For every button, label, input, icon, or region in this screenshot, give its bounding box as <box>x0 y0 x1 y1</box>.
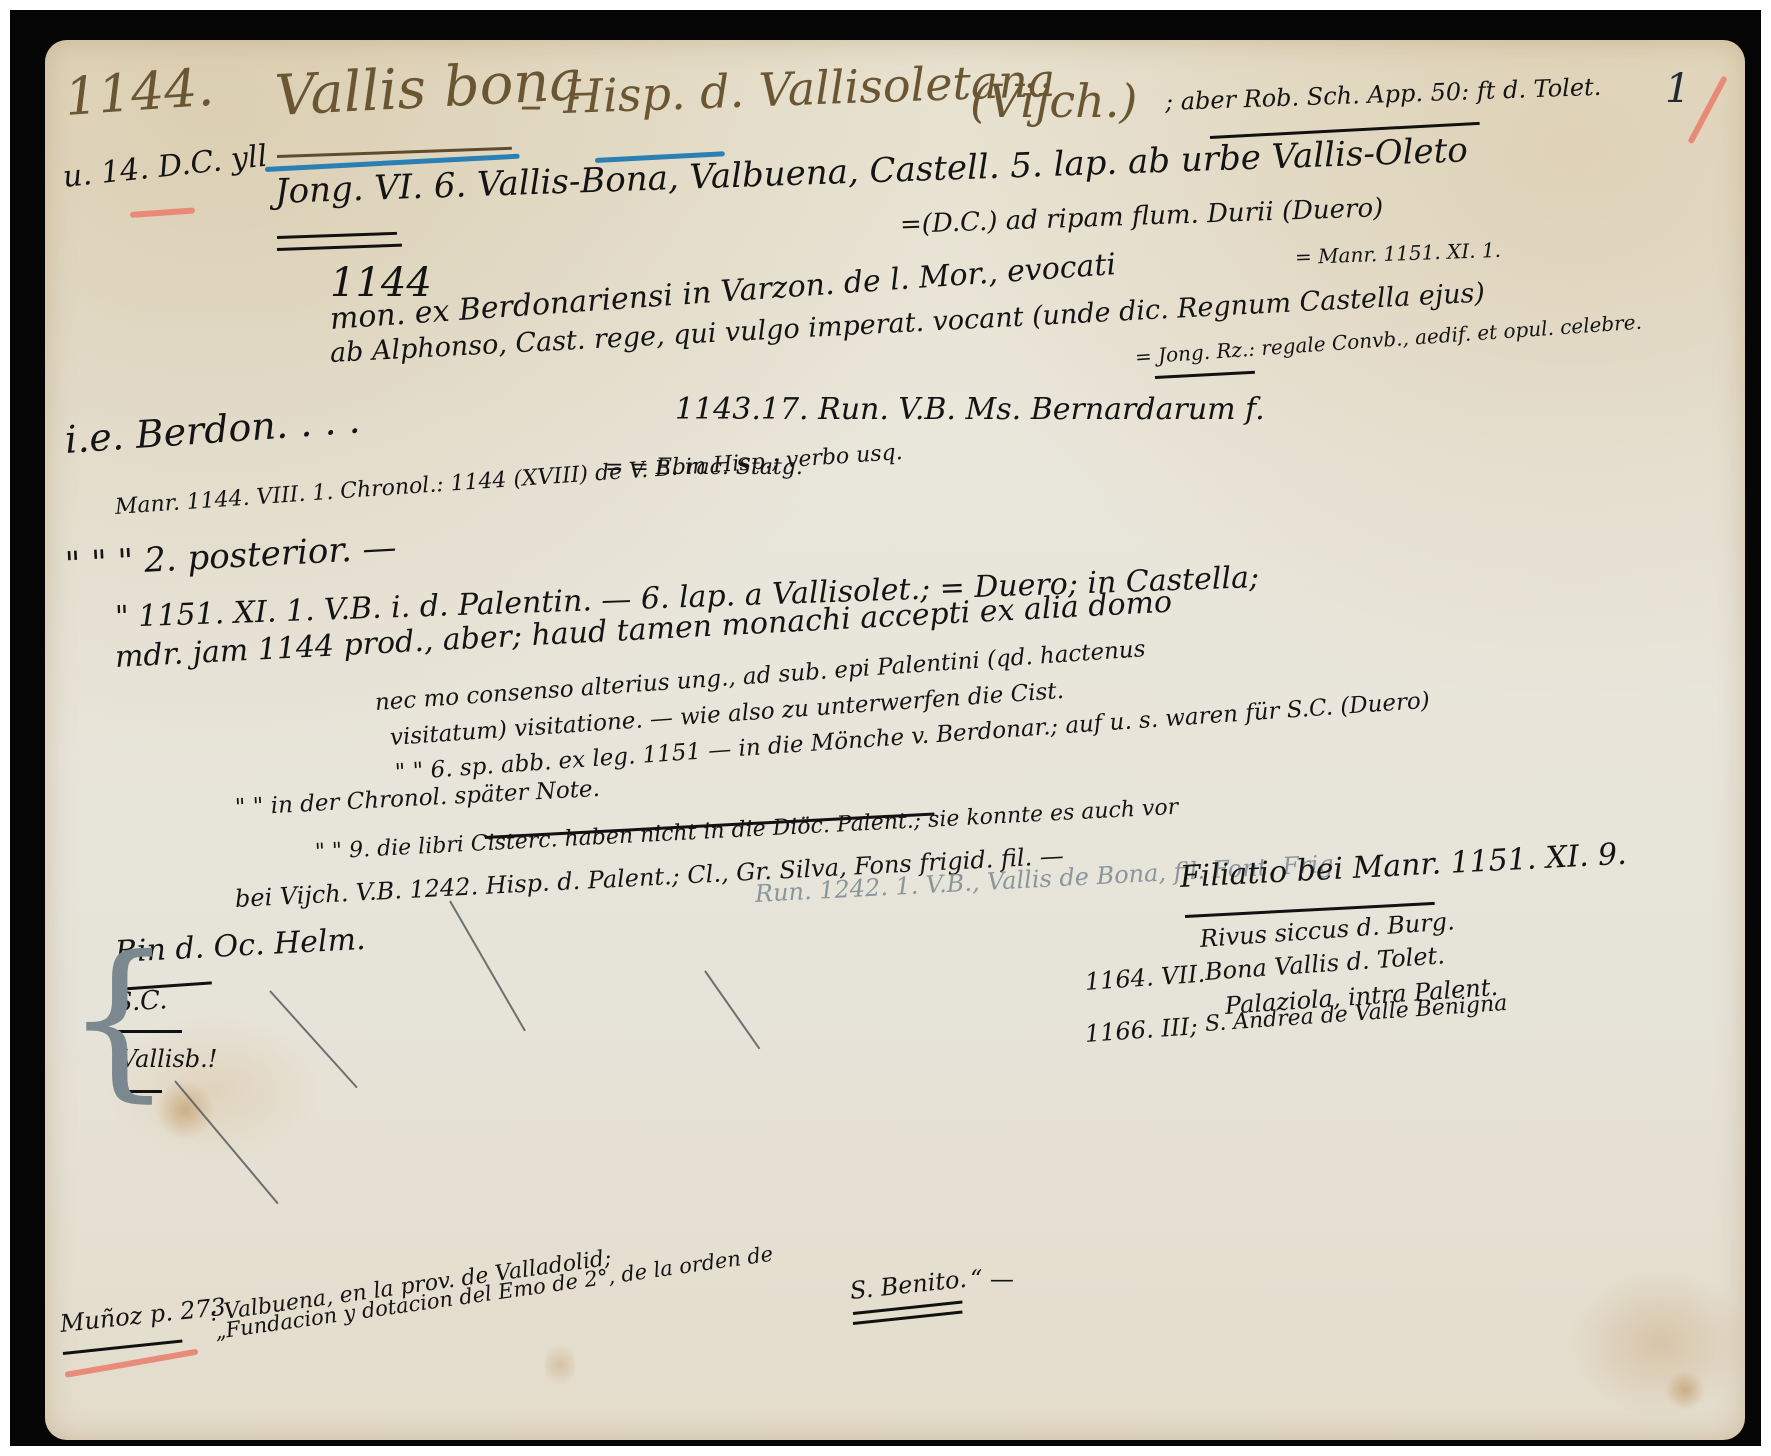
stain <box>545 1340 575 1390</box>
filiation-title: Filiatio bei Manr. 1151. XI. 9. <box>1179 837 1627 895</box>
filiation-date-4: 1166. III; <box>1084 1012 1199 1048</box>
line-sc-1144: 1143.17. Run. V.B. Ms. Bernardarum f. <box>675 392 1265 427</box>
subline-left: u. 14. D.C. yll <box>61 139 269 195</box>
title-separator: – <box>520 80 542 131</box>
left-brace-pencil: { <box>65 920 173 1118</box>
title-paren: (Vijch.) <box>970 74 1137 128</box>
footer-red-mark <box>64 1349 198 1378</box>
line-ripam: =(D.C.) ad ripam flum. Durii (Duero) <box>899 193 1383 240</box>
corner-mark: 1 <box>1665 66 1690 112</box>
index-card: 1144. Vallis bona – Hisp. d. Vallisoleta… <box>45 40 1745 1440</box>
jong-underline-2 <box>277 244 402 251</box>
stain <box>1665 1370 1705 1410</box>
strike-stroke <box>269 990 357 1088</box>
line-1143: i.e. Berdon. . . . <box>63 397 361 462</box>
sc-1144-text: 1143.17. Run. V.B. Ms. Bernardarum f. <box>675 392 1265 427</box>
line-manr-ref: = Manr. 1151. XI. 1. <box>1295 238 1502 269</box>
rz-underline <box>1155 371 1255 379</box>
filiation-date-2: 1164. VII. <box>1084 960 1206 996</box>
corner-red-stroke <box>1687 75 1728 144</box>
footer-ref: Muñoz p. 273 <box>59 1293 228 1338</box>
title-after: ; aber Rob. Sch. App. 50: ft d. Tolet. <box>1165 73 1602 116</box>
strike-stroke <box>449 901 526 1032</box>
line-manr-1144: " " " 2. posterior. — <box>64 528 397 585</box>
card-number: 1144. <box>63 58 216 128</box>
strike-stroke <box>704 970 760 1049</box>
strike-stroke <box>174 1080 278 1204</box>
footer-emph: S. Benito. <box>849 1265 968 1305</box>
jong-underline <box>277 232 397 239</box>
subline-red-mark <box>130 207 195 218</box>
footer-ref-underline <box>63 1339 183 1355</box>
footer-end: “ — <box>970 1265 1014 1293</box>
